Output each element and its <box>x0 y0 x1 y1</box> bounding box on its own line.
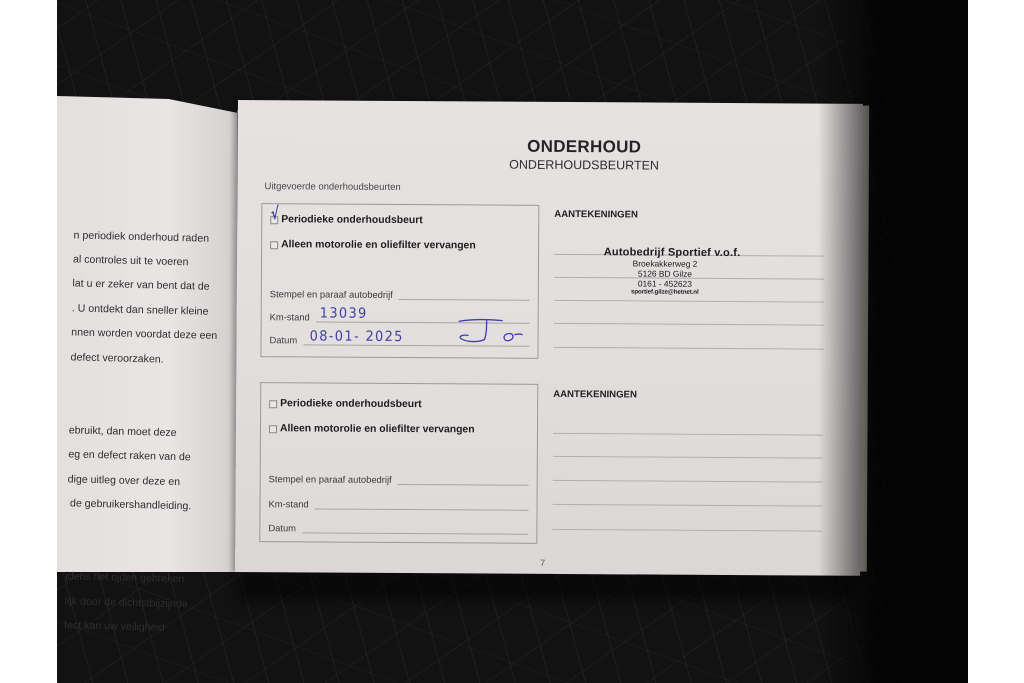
option-oil-label: Alleen motorolie en oliefilter vervangen <box>281 239 476 251</box>
notes-line[interactable] <box>554 323 824 326</box>
page-title: ONDERHOUD <box>238 135 863 159</box>
text-line: jdens het rijden gebreken <box>65 571 184 586</box>
option-oil-label: Alleen motorolie en oliefilter vervangen <box>280 423 475 435</box>
text-line: fect kan uw veiligheid <box>64 619 165 633</box>
checkbox-periodic[interactable] <box>269 400 277 408</box>
notes-title-2: AANTEKENINGEN <box>553 389 637 401</box>
text-line: n periodiek onderhoud raden <box>73 229 209 244</box>
km-label: Km-stand <box>270 311 310 322</box>
maintenance-entry-2: Periodieke onderhoudsbeurt Alleen motoro… <box>259 382 538 544</box>
notes-line[interactable] <box>553 504 823 507</box>
date-value: 08-01- 2025 <box>309 328 403 345</box>
text-line: lat u er zeker van bent dat de <box>72 278 209 293</box>
stamp-email: sportief.gilze@hetnet.nl <box>506 288 824 297</box>
km-line[interactable] <box>315 507 529 510</box>
notes-line[interactable] <box>553 480 823 483</box>
km-field: Km-stand <box>269 498 529 511</box>
garage-stamp: Autobedrijf Sportief v.o.f. Broekakkerwe… <box>554 246 824 297</box>
checkbox-oil[interactable] <box>270 241 278 249</box>
text-line: al controles uit te voeren <box>73 253 189 268</box>
section-label: Uitgevoerde onderhoudsbeurten <box>264 181 400 193</box>
stamp-line[interactable] <box>399 298 530 301</box>
text-line: de gebruikershandleiding. <box>67 497 192 512</box>
option-oil-row[interactable]: Alleen motorolie en oliefilter vervangen <box>269 423 475 435</box>
text-line: defect veroorzaken. <box>70 351 163 365</box>
stamp-line[interactable] <box>398 483 529 486</box>
option-oil-row[interactable]: Alleen motorolie en oliefilter vervangen <box>270 239 476 251</box>
signature-icon <box>457 317 527 343</box>
booklet-shadow <box>237 572 857 600</box>
text-line: . U ontdekt dan sneller kleine <box>72 302 209 317</box>
left-paragraph-1: n periodiek onderhoud raden al controles… <box>57 216 238 379</box>
option-periodic-row[interactable]: √ Periodieke onderhoudsbeurt <box>270 214 423 226</box>
page-subtitle: ONDERHOUDSBEURTEN <box>238 156 863 174</box>
handwritten-checkmark-icon: √ <box>271 203 280 224</box>
left-paragraph-3: jdens het rijden gebreken lijk door de d… <box>57 558 230 648</box>
left-paragraph-2: ebruikt, dan moet deze eg en defect rake… <box>57 412 234 526</box>
km-label: Km-stand <box>269 498 309 509</box>
notes-line[interactable] <box>552 529 822 532</box>
date-line[interactable]: 08-01- 2025 <box>303 343 529 346</box>
notes-line[interactable] <box>553 456 823 459</box>
notes-title-1: AANTEKENINGEN <box>554 209 638 221</box>
text-line: eg en defect raken van de <box>68 449 191 464</box>
date-field: Datum <box>268 522 528 535</box>
date-label: Datum <box>268 522 296 533</box>
text-line: nnen worden voordat deze een <box>71 327 217 343</box>
checkbox-periodic[interactable]: √ <box>270 216 278 224</box>
text-line: ebruikt, dan moet deze <box>69 424 177 439</box>
stamp-label: Stempel en paraaf autobedrijf <box>269 473 392 485</box>
page-number: 7 <box>540 558 545 568</box>
notes-line[interactable] <box>553 433 823 436</box>
stamp-field: Stempel en paraaf autobedrijf <box>270 288 530 301</box>
date-label: Datum <box>270 334 298 345</box>
option-periodic-row[interactable]: Periodieke onderhoudsbeurt <box>269 398 422 410</box>
date-line[interactable] <box>302 531 528 534</box>
stamp-field: Stempel en paraaf autobedrijf <box>269 473 529 486</box>
stamp-label: Stempel en paraaf autobedrijf <box>270 288 393 300</box>
left-page-text: n periodiek onderhoud raden al controles… <box>57 192 239 683</box>
right-page: ONDERHOUD ONDERHOUDSBEURTEN Uitgevoerde … <box>235 100 863 576</box>
photo-background: n periodiek onderhoud raden al controles… <box>57 0 968 683</box>
km-value: 13039 <box>320 306 368 322</box>
checkbox-oil[interactable] <box>269 425 277 433</box>
option-periodic-label: Periodieke onderhoudsbeurt <box>280 398 422 410</box>
notes-line[interactable] <box>554 300 824 303</box>
option-periodic-label: Periodieke onderhoudsbeurt <box>281 214 423 226</box>
text-line: dige uitleg over deze en <box>68 473 181 488</box>
text-line: lijk door de dichtstbijzijnde <box>65 595 188 610</box>
notes-line[interactable] <box>553 347 823 350</box>
